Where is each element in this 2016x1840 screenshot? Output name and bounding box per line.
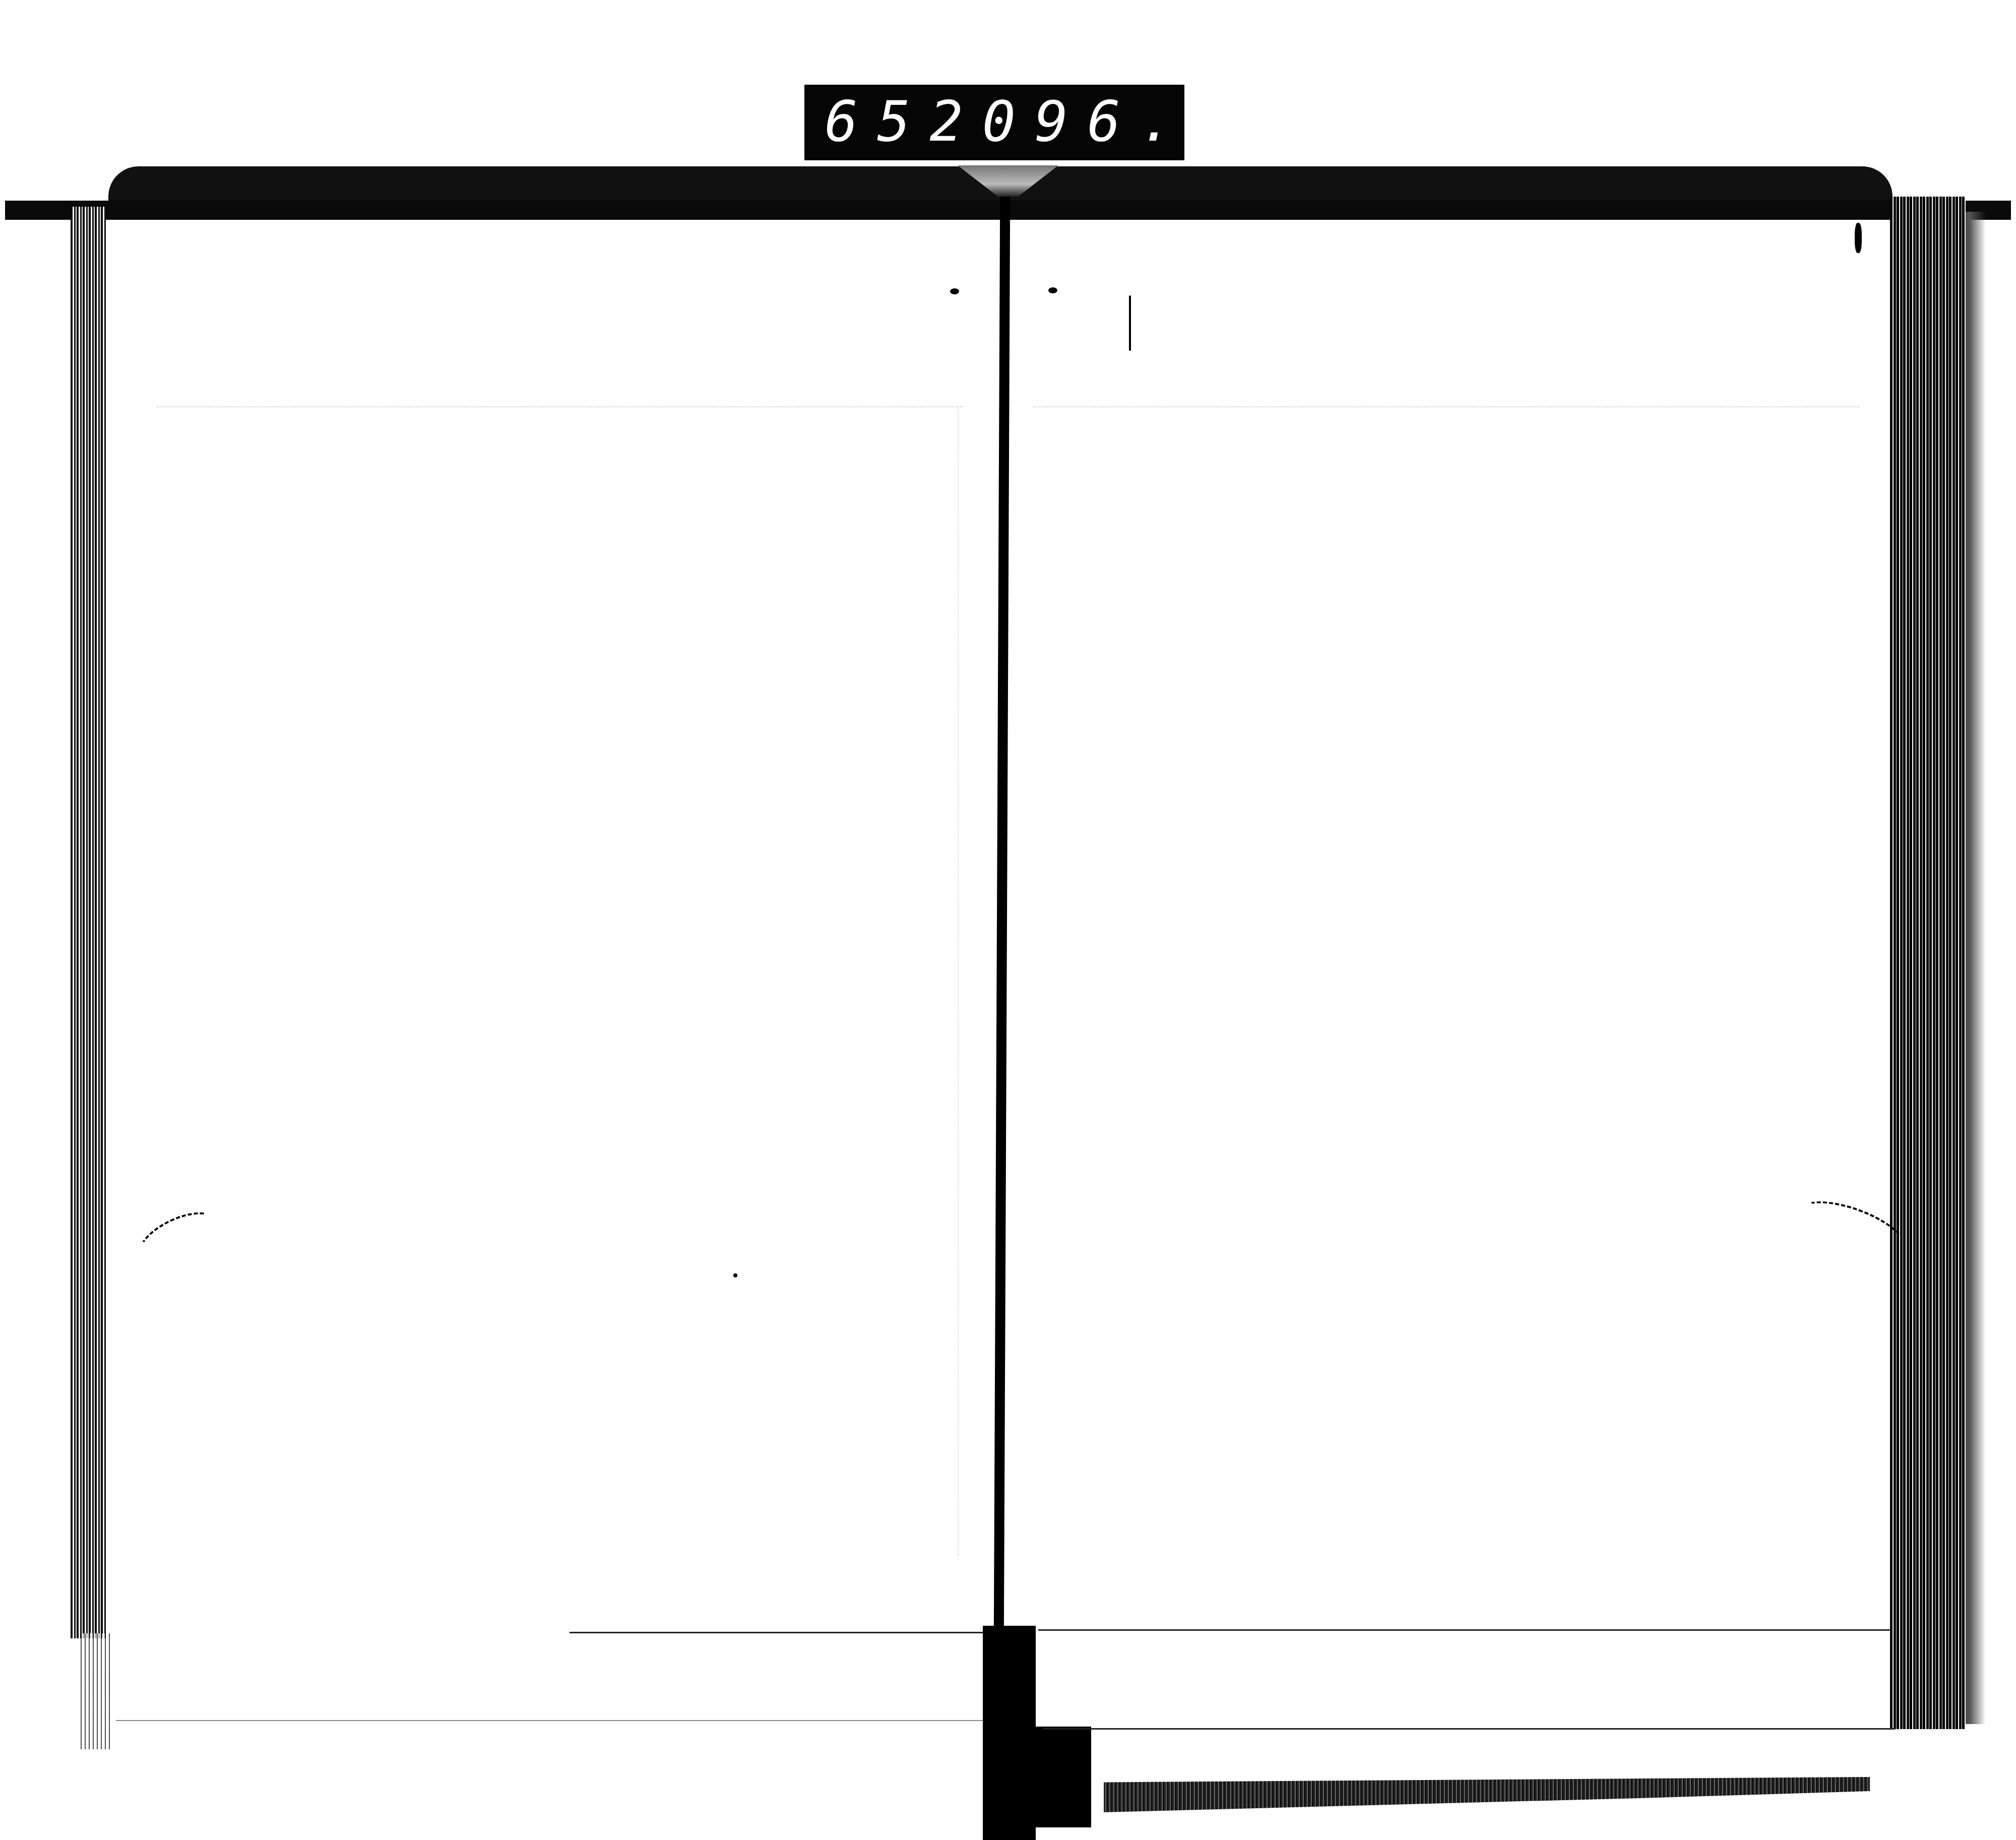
right-lower-page-edge	[1043, 1728, 1895, 1730]
film-reel-label: 652 096.	[801, 85, 1184, 160]
right-page-stack-edge	[1890, 197, 1966, 1729]
pen-stroke-mark	[1129, 295, 1131, 351]
ink-spot	[1048, 287, 1057, 293]
right-page	[1013, 220, 1890, 1626]
left-page	[106, 220, 993, 1626]
book-bottom-shadow	[1104, 1777, 1870, 1812]
ink-spot	[950, 288, 959, 294]
left-board-bottom-edge	[116, 1720, 983, 1721]
right-page-bottom-edge	[1038, 1629, 1890, 1631]
spine-tail	[983, 1626, 1036, 1840]
left-page-stack-foot	[81, 1633, 111, 1749]
book-gutter-line	[994, 197, 1011, 1643]
left-page-bottom-edge	[570, 1632, 983, 1633]
left-page-margin-ruling	[958, 406, 959, 1556]
reel-number-right: 096.	[982, 94, 1192, 149]
loose-thread-mark	[132, 1202, 225, 1273]
ink-dot	[733, 1273, 737, 1277]
left-page-stack-edge	[71, 207, 106, 1638]
ink-smudge	[1855, 223, 1862, 253]
spine-tail-foot	[1036, 1727, 1091, 1827]
left-page-header-ruling	[156, 406, 963, 407]
right-page-header-ruling	[1033, 406, 1860, 407]
reel-number-left: 652	[825, 94, 982, 149]
